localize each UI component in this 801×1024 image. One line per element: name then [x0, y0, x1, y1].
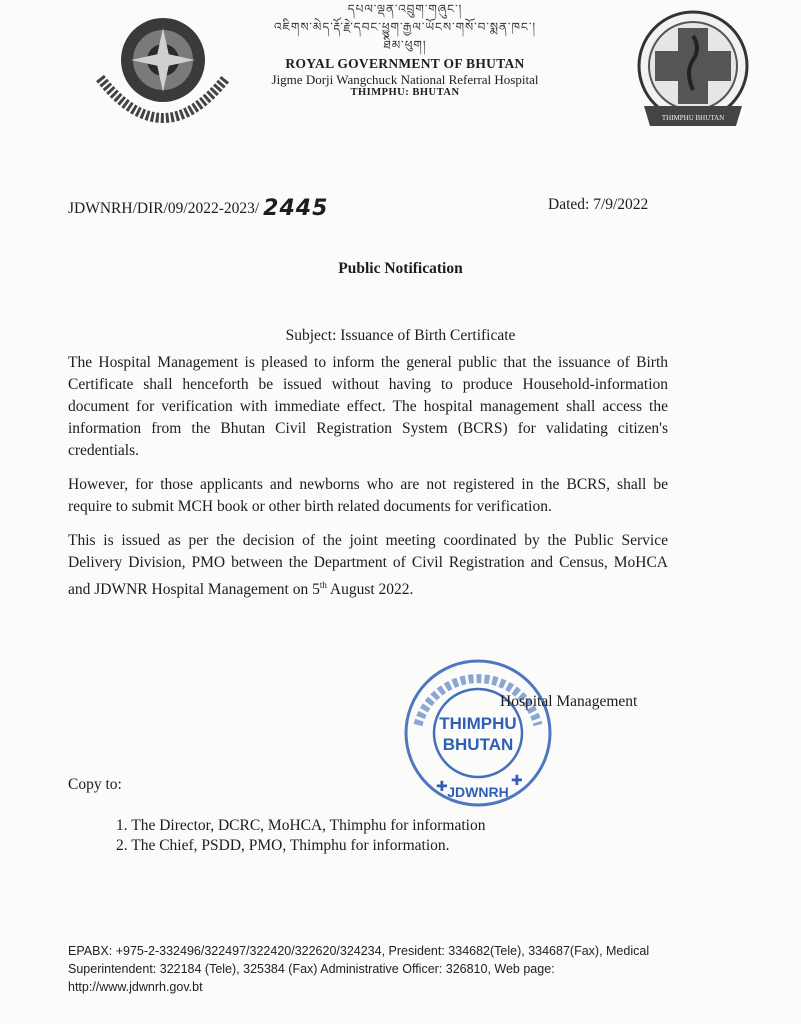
- letterhead: དཔལ་ལྡན་འབྲུག་གཞུང་། འཇིགས་མེད་རྡོ་རྗེ་ད…: [240, 0, 570, 98]
- svg-text:THIMPHU: THIMPHU: [439, 714, 516, 733]
- reference-number: JDWNRH/DIR/09/2022-2023/2445: [68, 196, 328, 221]
- copy-to-label: Copy to:: [68, 776, 122, 794]
- paragraph-2: However, for those applicants and newbor…: [68, 474, 668, 518]
- copy-to-item: 1. The Director, DCRC, MoHCA, Thimphu fo…: [116, 816, 485, 836]
- hospital-name: Jigme Dorji Wangchuck National Referral …: [240, 72, 570, 87]
- dzongkha-title-2: འཇིགས་མེད་རྡོ་རྗེ་དབང་ཕྱུག་རྒྱལ་ཡོངས་གསོ…: [240, 18, 570, 36]
- svg-text:✚: ✚: [436, 780, 448, 795]
- svg-text:THIMPHU BHUTAN: THIMPHU BHUTAN: [662, 114, 724, 122]
- copy-to-list: 1. The Director, DCRC, MoHCA, Thimphu fo…: [116, 816, 485, 856]
- footer-line-2: Superintendent: 322184 (Tele), 325384 (F…: [68, 960, 748, 978]
- hospital-location: THIMPHU: BHUTAN: [240, 87, 570, 98]
- document-date: Dated: 7/9/2022: [548, 196, 648, 214]
- copy-to-item: 2. The Chief, PSDD, PMO, Thimphu for inf…: [116, 836, 485, 856]
- contact-footer: EPABX: +975-2-332496/322497/322420/32262…: [68, 942, 748, 996]
- paragraph-3: This is issued as per the decision of th…: [68, 530, 668, 601]
- hospital-seal: THIMPHU BHUTAN: [618, 8, 778, 136]
- svg-text:JDWNRH: JDWNRH: [447, 784, 508, 800]
- notice-subject: Subject: Issuance of Birth Certificate: [0, 327, 801, 345]
- official-stamp: THIMPHU BHUTAN JDWNRH ✚ ✚: [398, 655, 563, 815]
- hospital-seal-icon: THIMPHU BHUTAN: [618, 8, 778, 136]
- dzongkha-title-3: ཐིམ་ཕུག།: [240, 36, 570, 54]
- stamp-icon: THIMPHU BHUTAN JDWNRH ✚ ✚: [398, 655, 563, 815]
- dzongkha-title-1: དཔལ་ལྡན་འབྲུག་གཞུང་།: [240, 0, 570, 18]
- organization-name: ROYAL GOVERNMENT OF BHUTAN: [240, 56, 570, 72]
- svg-text:BHUTAN: BHUTAN: [443, 735, 514, 754]
- rgob-emblem: [88, 8, 238, 148]
- reference-prefix: JDWNRH/DIR/09/2022-2023/: [68, 200, 259, 217]
- footer-line-1: EPABX: +975-2-332496/322497/322420/32262…: [68, 942, 748, 960]
- signoff: Hospital Management: [500, 693, 637, 711]
- notice-title: Public Notification: [0, 260, 801, 278]
- footer-web-link[interactable]: http://www.jdwnrh.gov.bt: [68, 978, 748, 996]
- emblem-icon: [88, 8, 238, 148]
- paragraph-1: The Hospital Management is pleased to in…: [68, 352, 668, 462]
- svg-text:✚: ✚: [511, 774, 523, 789]
- handwritten-number: 2445: [263, 196, 328, 221]
